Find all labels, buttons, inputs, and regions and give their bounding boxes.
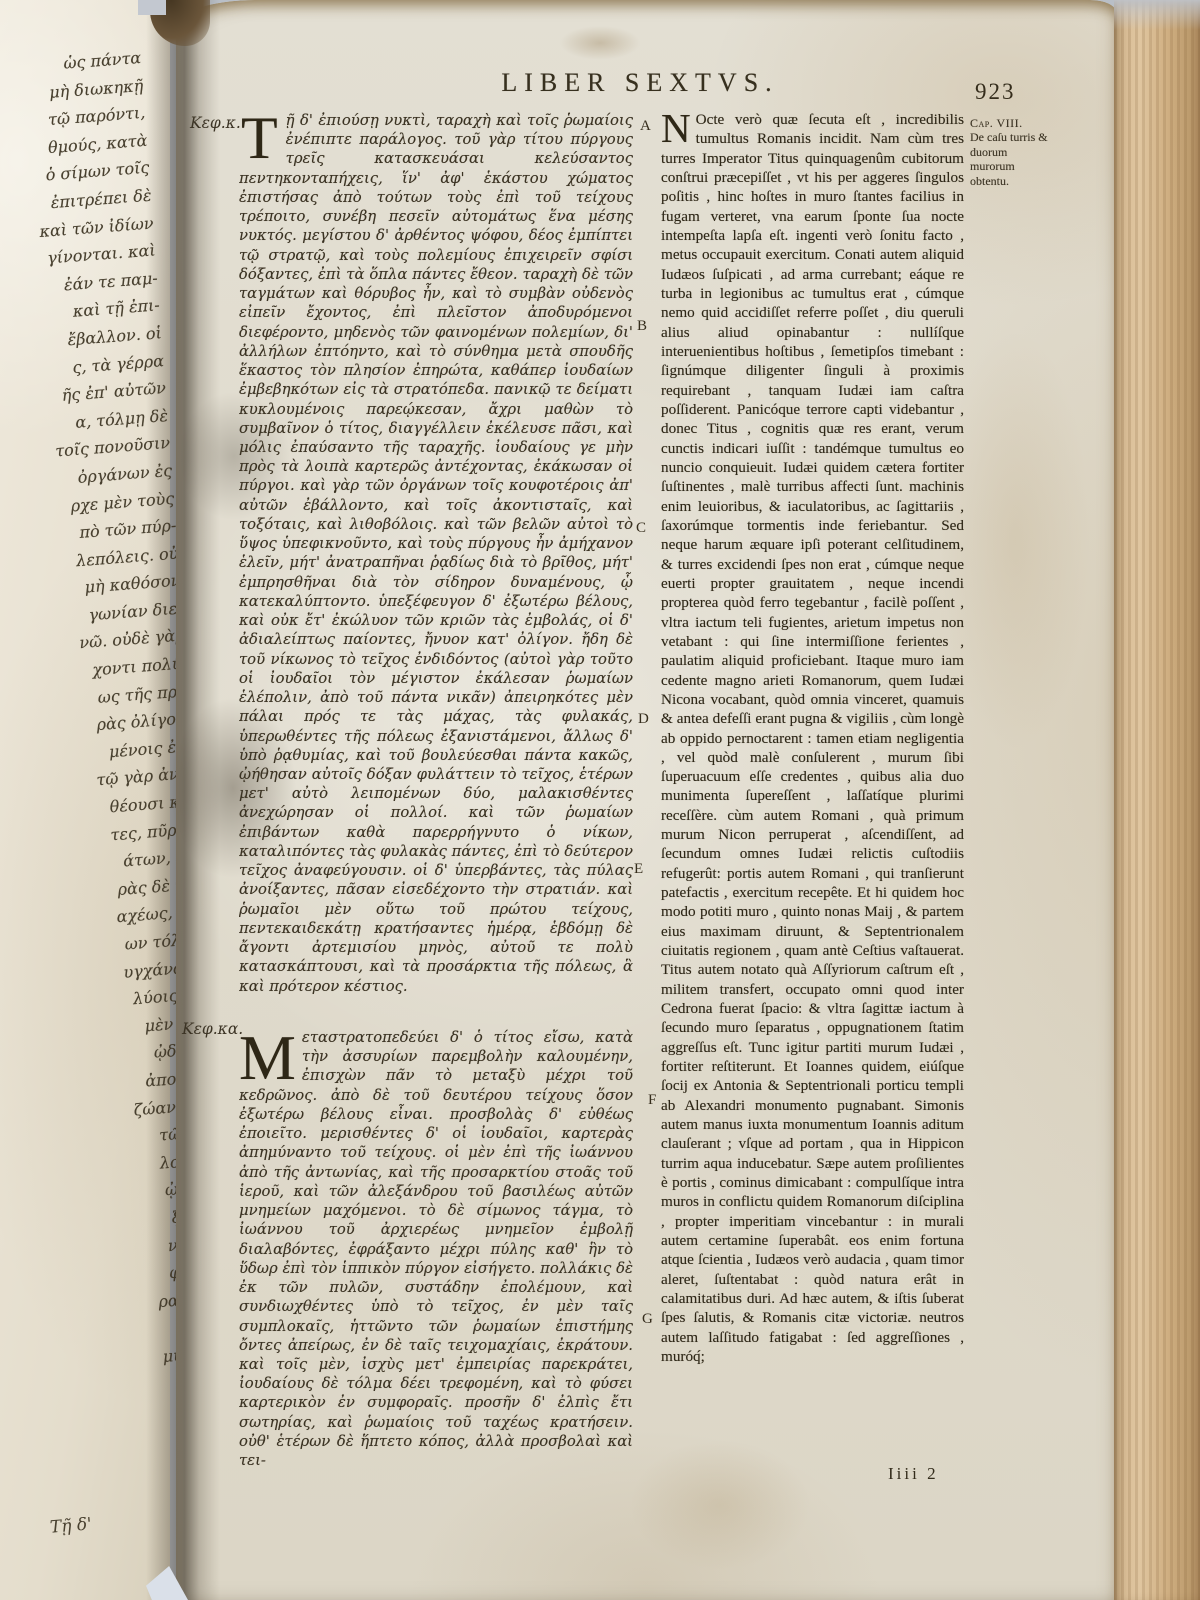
chapter-label-k: Κεφ.κ. [190, 114, 241, 132]
signature-mark: Iiii 2 [888, 1464, 939, 1484]
book-fore-edge [1114, 0, 1200, 1600]
section-letter-b: B [637, 318, 647, 335]
backdrop-notch [138, 0, 166, 15]
greek-column-chapter-ka: Μεταστρατοπεδεύει δ' ὁ τίτος εἴσω, κατὰ … [239, 1028, 633, 1484]
running-title: LIBER SEXTVS. [330, 68, 950, 98]
section-letter-g: G [642, 1311, 653, 1328]
greek-text-k: ῇ δ' ἐπιούσῃ νυκτὶ, ταραχὴ καὶ τοῖς ῥωμα… [239, 112, 633, 995]
chapter-label-ka: Κεφ.κα. [182, 1020, 243, 1038]
section-letter-a: A [640, 118, 651, 135]
section-letter-c: C [636, 520, 646, 537]
left-facing-page-edge: ὡς πάνταμὴ διωκηκῇτῷ παρόντι,θμούς, κατὰ… [0, 0, 170, 1600]
section-letter-e: E [634, 861, 643, 878]
drop-cap-tau: Τ [239, 111, 286, 163]
drop-cap-mu: Μ [239, 1028, 302, 1084]
left-page-catchword: Τῇ δ' [49, 1514, 92, 1538]
backdrop-corner [1114, 0, 1200, 30]
greek-text-ka: εταστρατοπεδεύει δ' ὁ τίτος εἴσω, κατὰ τ… [239, 1029, 633, 1469]
greek-column-chapter-k: Τῇ δ' ἐπιούσῃ νυκτὶ, ταραχὴ καὶ τοῖς ῥωμ… [239, 111, 633, 1012]
latin-column: NOcte verò quæ ſecuta eſt , incredibilis… [661, 110, 964, 1444]
section-letter-d: D [638, 711, 649, 728]
marginal-note: Cap. VIII. De caſu turris & duorum muror… [970, 116, 1052, 188]
latin-text: Octe verò quæ ſecuta eſt , incredibilis … [661, 111, 964, 1365]
section-letter-f: F [648, 1092, 656, 1109]
drop-cap-n: N [661, 110, 696, 146]
marginal-note-body: De caſu turris & duorum murorum obtentu. [970, 130, 1052, 188]
book-gutter-shadow [146, 0, 220, 1600]
marginal-note-heading: Cap. VIII. [970, 116, 1052, 130]
book-photograph: { "book": { "header": "LIBER SEXTVS.", "… [0, 0, 1200, 1600]
page-number: 923 [975, 79, 1016, 105]
